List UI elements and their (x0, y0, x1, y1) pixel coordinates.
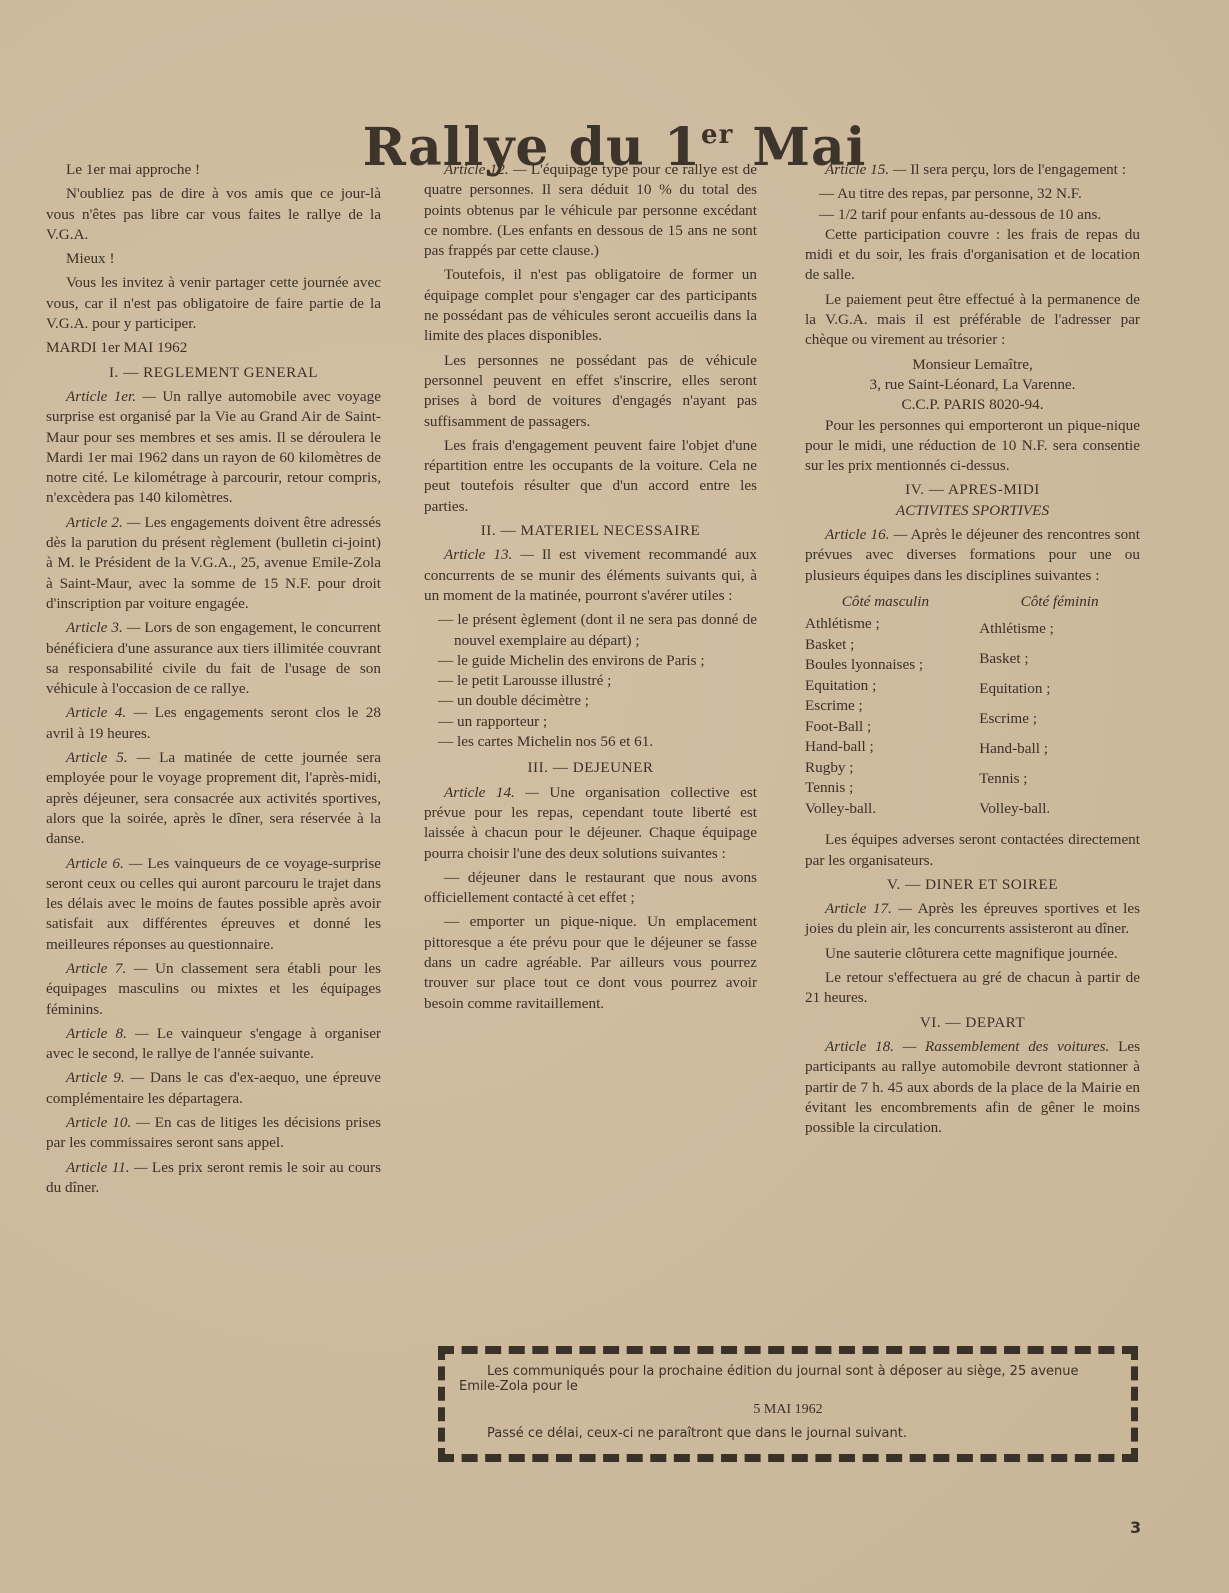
article-6: Article 6. — Les vainqueurs de ce voyage… (46, 854, 381, 955)
article-13: Article 13. — Il est vivement recommandé… (424, 545, 757, 606)
treasurer-ccp: C.C.P. PARIS 8020-94. (805, 395, 1140, 415)
article-label: Article 9. — (66, 1069, 144, 1086)
list-item: — le petit Larousse illustré ; (424, 671, 757, 691)
article-10: Article 10. — En cas de litiges les déci… (46, 1113, 381, 1154)
sport-item: Hand-ball ; (805, 737, 966, 758)
sports-masculine: Côté masculin Athlétisme ; Basket ; Boul… (805, 592, 966, 824)
list-item: — Au titre des repas, par personne, 32 N… (805, 184, 1140, 204)
article-14-option-1: — déjeuner dans le restaurant que nous a… (424, 868, 757, 909)
sport-item: Basket ; (979, 644, 1140, 674)
article-label: Article 1er. — (66, 388, 156, 405)
sport-item: Rugby ; (805, 758, 966, 779)
event-date: MARDI 1er MAI 1962 (46, 338, 381, 358)
article-15: Article 15. — Il sera perçu, lors de l'e… (805, 160, 1140, 180)
treasurer-address: 3, rue Saint-Léonard, La Varenne. (805, 375, 1140, 395)
intro-p4: Vous les invitez à venir partager cette … (46, 273, 381, 334)
sport-item: Equitation ; (979, 674, 1140, 704)
article-15-p4: Pour les personnes qui emporteront un pi… (805, 416, 1140, 477)
article-15-p2: Cette participation couvre : les frais d… (805, 225, 1140, 286)
article-16-p2: Les équipes adverses seront contactées d… (805, 830, 1140, 871)
section-heading-6: VI. — DEPART (805, 1013, 1140, 1033)
article-label: Article 14. — (444, 784, 539, 801)
title-superscript: er (701, 120, 733, 150)
intro-p2: N'oubliez pas de dire à vos amis que ce … (46, 184, 381, 245)
sport-item: Boules lyonnaises ; (805, 655, 966, 676)
section-heading-1: I. — REGLEMENT GENERAL (46, 363, 381, 383)
sport-item: Volley-ball. (979, 794, 1140, 824)
sport-item: Foot-Ball ; (805, 717, 966, 738)
list-item: — le guide Michelin des environs de Pari… (424, 651, 757, 671)
article-2: Article 2. — Les engagements doivent êtr… (46, 513, 381, 614)
list-item: — le présent èglement (dont il ne sera p… (424, 610, 757, 651)
sport-item: Equitation ; (805, 676, 966, 697)
article-1: Article 1er. — Un rallye automobile avec… (46, 387, 381, 509)
sport-item: Tennis ; (979, 764, 1140, 794)
article-label: Article 3. — (66, 619, 140, 636)
article-label: Article 17. — (825, 900, 912, 917)
notice-line-3: Passé ce délai, ceux-ci ne paraîtront qu… (459, 1426, 1117, 1441)
sports-header-masculine: Côté masculin (805, 592, 966, 612)
article-text: Un rallye automobile avec voyage surpris… (46, 388, 381, 506)
sport-item: Basket ; (805, 635, 966, 656)
section-heading-2: II. — MATERIEL NECESSAIRE (424, 521, 757, 541)
article-12-p4: Les frais d'engagement peuvent faire l'o… (424, 436, 757, 517)
article-7: Article 7. — Un classement sera établi p… (46, 959, 381, 1020)
article-text: Il sera perçu, lors de l'engagement : (906, 161, 1126, 178)
sports-feminine: Côté féminin Athlétisme ; Basket ; Equit… (979, 592, 1140, 824)
sport-item: Hand-ball ; (979, 734, 1140, 764)
article-17: Article 17. — Après les épreuves sportiv… (805, 899, 1140, 940)
article-12-p2: Toutefois, il n'est pas obligatoire de f… (424, 265, 757, 346)
article-15-p3: Le paiement peut être effectué à la perm… (805, 290, 1140, 351)
notice-date: 5 MAI 1962 (459, 1402, 1117, 1418)
sport-item: Volley-ball. (805, 799, 966, 820)
article-12: Article 12. — L'équipage type pour ce ra… (424, 160, 757, 261)
article-label: Article 12. — (444, 161, 527, 178)
notice-line-1: Les communiqués pour la prochaine éditio… (459, 1364, 1117, 1394)
intro-p1: Le 1er mai approche ! (46, 160, 381, 180)
sport-item: Athlétisme ; (805, 614, 966, 635)
article-label: Article 13. — (444, 546, 534, 563)
article-label: Article 10. — (66, 1114, 150, 1131)
article-3: Article 3. — Lors de son engagement, le … (46, 618, 381, 699)
article-label: Article 8. — (66, 1025, 149, 1042)
page-number: 3 (1130, 1518, 1141, 1537)
article-12-p3: Les personnes ne possédant pas de véhicu… (424, 351, 757, 432)
article-14: Article 14. — Une organisation collectiv… (424, 783, 757, 864)
article-label: Article 5. — (66, 749, 150, 766)
article-17-p3: Le retour s'effectuera au gré de chacun … (805, 968, 1140, 1009)
list-item: — 1/2 tarif pour enfants au-dessous de 1… (805, 205, 1140, 225)
list-item: — un double décimètre ; (424, 691, 757, 711)
article-label: Article 7. — (66, 960, 147, 977)
article-9: Article 9. — Dans le cas d'ex-aequo, une… (46, 1068, 381, 1109)
article-label: Article 11. — (66, 1159, 148, 1176)
article-17-p2: Une sauterie clôturera cette magnifique … (805, 944, 1140, 964)
sport-item: Escrime ; (805, 696, 966, 717)
article-16: Article 16. — Après le déjeuner des renc… (805, 525, 1140, 586)
section-heading-5: V. — DINER ET SOIREE (805, 875, 1140, 895)
article-18: Article 18. — Rassemblement des voitures… (805, 1037, 1140, 1138)
intro-p3: Mieux ! (46, 249, 381, 269)
column-3: Article 15. — Il sera perçu, lors de l'e… (805, 160, 1140, 1142)
sport-item: Tennis ; (805, 778, 966, 799)
article-label: Article 2. — (66, 514, 140, 531)
list-item: — un rapporteur ; (424, 712, 757, 732)
sport-item: Escrime ; (979, 704, 1140, 734)
article-label: Article 4. — (66, 704, 147, 721)
section-subheading-4: ACTIVITES SPORTIVES (805, 501, 1140, 521)
notice-box: Les communiqués pour la prochaine éditio… (438, 1346, 1138, 1462)
section-heading-4: IV. — APRES-MIDI (805, 480, 1140, 500)
sports-table: Côté masculin Athlétisme ; Basket ; Boul… (805, 592, 1140, 824)
article-label: Article 18. — Rassemblement des voitures… (825, 1038, 1109, 1055)
article-label: Article 15. — (825, 161, 906, 178)
sport-item: Athlétisme ; (979, 614, 1140, 644)
column-1: Le 1er mai approche ! N'oubliez pas de d… (46, 160, 381, 1202)
article-14-option-2: — emporter un pique-nique. Un emplacemen… (424, 912, 757, 1013)
article-label: Article 6. — (66, 855, 142, 872)
column-2: Article 12. — L'équipage type pour ce ra… (424, 160, 757, 1018)
article-label: Article 16. — (825, 526, 907, 543)
section-heading-3: III. — DEJEUNER (424, 758, 757, 778)
sports-header-feminine: Côté féminin (979, 592, 1140, 612)
article-4: Article 4. — Les engagements seront clos… (46, 703, 381, 744)
list-item: — les cartes Michelin nos 56 et 61. (424, 732, 757, 752)
article-5: Article 5. — La matinée de cette journée… (46, 748, 381, 849)
article-11: Article 11. — Les prix seront remis le s… (46, 1158, 381, 1199)
article-8: Article 8. — Le vainqueur s'engage à org… (46, 1024, 381, 1065)
treasurer-name: Monsieur Lemaître, (805, 355, 1140, 375)
